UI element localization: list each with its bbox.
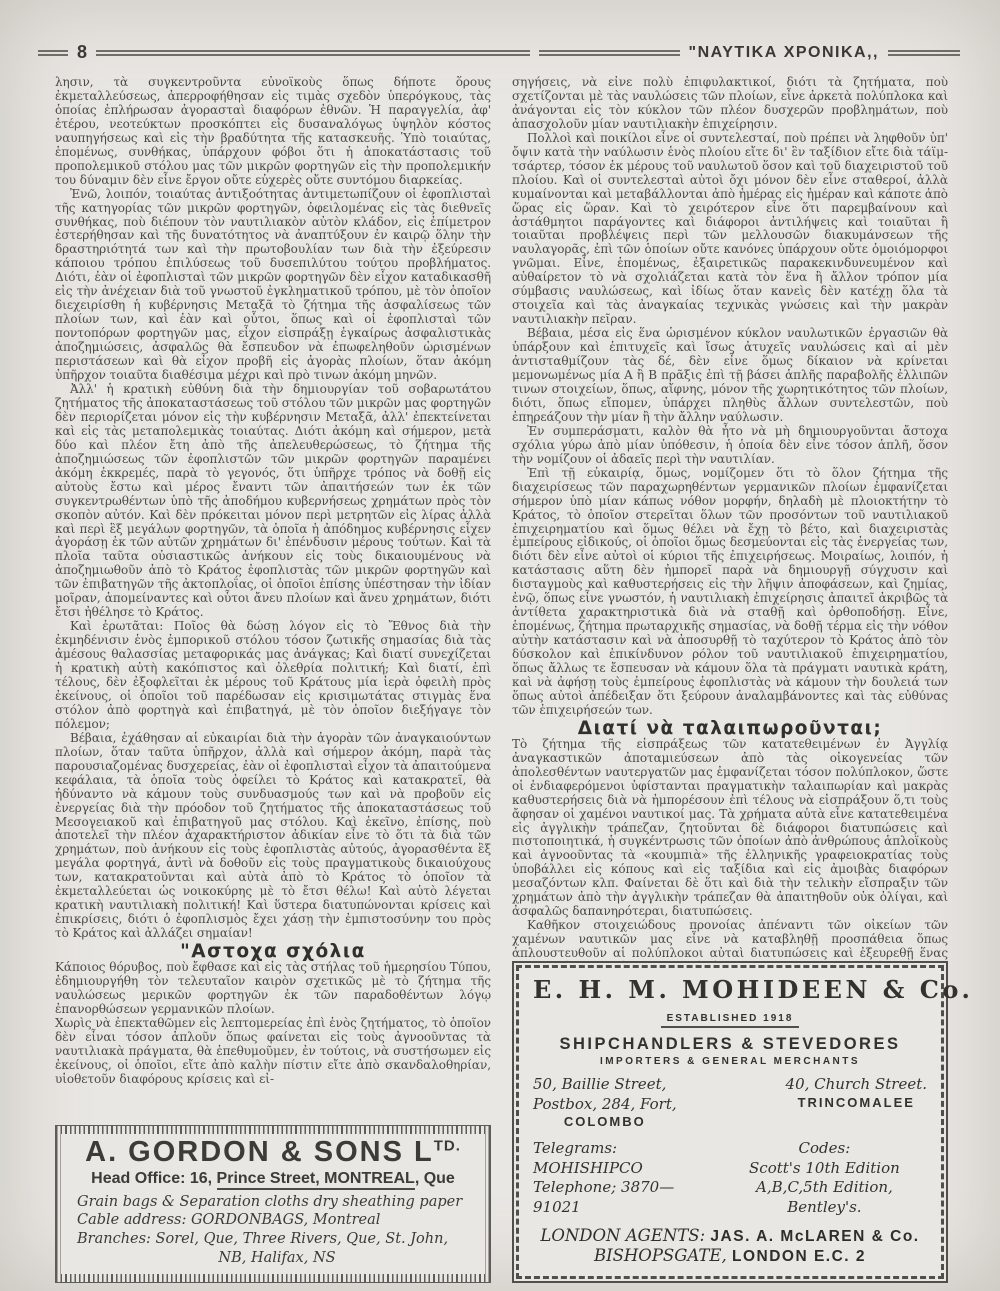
section-heading-astoha-sholia: "Αστοχα σχόλια — [55, 945, 491, 959]
mohideen-city-colombo: COLOMBO — [533, 1114, 677, 1131]
article-paragraph: Τὸ ζήτημα τῆς εἰσπράξεως τῶν κατατεθειμέ… — [512, 738, 948, 919]
mohideen-telegrams: Telegrams: MOHISHIPCO — [533, 1139, 722, 1178]
gordon-ad-title-text: A. GORDON & SONS L — [85, 1136, 434, 1168]
page-content: λησιν, τὰ συγκεντροῦντα εὐνοϊκοὺς ὅπως δ… — [55, 76, 948, 1283]
gordon-ad-title: A. GORDON & SONS LTD. — [69, 1136, 477, 1169]
article-paragraph: Βέβαια, μέσα εἰς ἕνα ὡρισμένον κύκλον να… — [512, 327, 948, 425]
gordon-ad-title-sup: TD. — [434, 1137, 461, 1154]
right-column-text: σηγήσεις, νὰ εἶνε πολὺ ἐπιφυλακτικοί, δι… — [512, 76, 948, 961]
section-heading-diati-talaiporountai: Διατί νὰ ταλαιπωροῦνται; — [512, 722, 948, 736]
article-paragraph: Ἐνῶ, λοιπόν, τοιαύτας ἀντιξοότητας ἀντιμ… — [55, 188, 491, 383]
mohideen-address-colombo: 50, Baillie Street, Postbox, 284, Fort, … — [533, 1075, 677, 1131]
mohideen-agents-name: JAS. A. McLAREN & Co. — [710, 1228, 919, 1245]
gordon-office-tail: , Que — [415, 1170, 455, 1187]
gordon-office-pre: Head Office: 16, — [91, 1170, 216, 1187]
mohideen-city-trincomalee: TRINCOMALEE — [786, 1095, 927, 1112]
mohideen-telephone: Telephone; 3870—91021 — [533, 1178, 722, 1217]
gordon-ad-details: Grain bags & Separation cloths dry sheat… — [77, 1193, 477, 1268]
mohideen-codes-label: Codes: — [722, 1139, 927, 1159]
journal-title: "ΝΑΥΤΙΚΑ ΧΡΟΝΙΚΑ,, — [689, 44, 879, 62]
article-paragraph: Βέβαια, ἐχάθησαν αἱ εὐκαιρίαι διὰ τὴν ἀγ… — [55, 732, 491, 941]
right-column: σηγήσεις, νὰ εἶνε πολὺ ἐπιφυλακτικοί, δι… — [512, 76, 948, 1283]
gordon-office-underlined: Prince Street, MONTREAL — [217, 1170, 415, 1190]
mohideen-trade-line-2: IMPORTERS & GENERAL MERCHANTS — [533, 1056, 927, 1067]
header-rule — [96, 50, 530, 56]
mohideen-codes-block: Codes: Scott's 10th Edition A,B,C,5th Ed… — [722, 1139, 927, 1217]
gordon-ad-line: Branches: Sorel, Que, Three Rivers, Que,… — [77, 1230, 477, 1249]
article-paragraph: Καὶ ἐρωτᾶται: Ποῖος θὰ δώσῃ λόγον εἰς τὸ… — [55, 620, 491, 732]
mohideen-london-agents: LONDON AGENTS: JAS. A. McLAREN & Co. BIS… — [533, 1226, 927, 1266]
mohideen-address-row: 50, Baillie Street, Postbox, 284, Fort, … — [533, 1075, 927, 1131]
mohideen-agents-city: BISHOPSGATE, — [594, 1246, 732, 1265]
mohideen-address-line: 40, Church Street. — [786, 1075, 927, 1095]
mohideen-address-line: 50, Baillie Street, — [533, 1075, 677, 1095]
article-paragraph: Καθῆκον στοιχειώδους προνοίας ἀπέναντι τ… — [512, 919, 948, 961]
article-paragraph: σηγήσεις, νὰ εἶνε πολὺ ἐπιφυλακτικοί, δι… — [512, 76, 948, 132]
article-paragraph: Χωρὶς νὰ ἐπεκταθῶμεν εἰς λεπτομερείας ἐπ… — [55, 1017, 491, 1087]
left-column-text: λησιν, τὰ συγκεντροῦντα εὐνοϊκοὺς ὅπως δ… — [55, 76, 491, 1087]
mohideen-agents-city-bold: LONDON E.C. 2 — [732, 1248, 866, 1265]
mohideen-ad-body: E. H. M. MOHIDEEN & Co. ESTABLISHED 1918… — [516, 965, 944, 1279]
article-paragraph: Πολλοὶ καὶ ποικίλοι εἶνε οἱ συντελεσταί,… — [512, 132, 948, 327]
mohideen-codes-line: A,B,C,5th Edition, Bentley's. — [722, 1178, 927, 1217]
article-paragraph: Ἐπὶ τῇ εὐκαιρίᾳ, ὅμως, νομίζομεν ὅτι τὸ … — [512, 467, 948, 718]
page-number: 8 — [77, 42, 87, 63]
gordon-ad-head-office: Head Office: 16, Prince Street, MONTREAL… — [69, 1170, 477, 1188]
article-paragraph: λησιν, τὰ συγκεντροῦντα εὐνοϊκοὺς ὅπως δ… — [55, 76, 491, 188]
mohideen-established-wrap: ESTABLISHED 1918 — [533, 1006, 927, 1028]
mohideen-contact-row: Telegrams: MOHISHIPCO Telephone; 3870—91… — [533, 1139, 927, 1217]
gordon-ad-line: NB, Halifax, NS — [77, 1249, 477, 1268]
mohideen-codes-line: Scott's 10th Edition — [722, 1159, 927, 1179]
header-rule — [38, 50, 68, 56]
gordon-ad-body: A. GORDON & SONS LTD. Head Office: 16, P… — [61, 1134, 485, 1274]
magazine-page: 8 "ΝΑΥΤΙΚΑ ΧΡΟΝΙΚΑ,, λησιν, τὰ συγκεντρο… — [0, 0, 1000, 1291]
gordon-ad: A. GORDON & SONS LTD. Head Office: 16, P… — [55, 1125, 491, 1283]
article-paragraph: Ἀλλ' ἡ κρατικὴ εὐθύνη διὰ τὴν δημιουργία… — [55, 383, 491, 620]
header-rule — [539, 50, 679, 56]
article-paragraph: Ἐν συμπεράσματι, καλὸν θὰ ἦτο νὰ μὴ δημι… — [512, 425, 948, 467]
mohideen-ad: E. H. M. MOHIDEEN & Co. ESTABLISHED 1918… — [512, 961, 948, 1283]
header-rule — [888, 50, 960, 56]
mohideen-address-trincomalee: 40, Church Street. TRINCOMALEE — [786, 1075, 927, 1131]
left-column: λησιν, τὰ συγκεντροῦντα εὐνοϊκοὺς ὅπως δ… — [55, 76, 491, 1283]
mohideen-agents-label: LONDON AGENTS: — [540, 1226, 710, 1245]
mohideen-contact-block: Telegrams: MOHISHIPCO Telephone; 3870—91… — [533, 1139, 722, 1217]
gordon-ad-line: Grain bags & Separation cloths dry sheat… — [77, 1193, 477, 1212]
page-header: 8 "ΝΑΥΤΙΚΑ ΧΡΟΝΙΚΑ,, — [38, 42, 960, 63]
mohideen-established: ESTABLISHED 1918 — [661, 1013, 800, 1028]
article-paragraph: Κάποιος θόρυβος, ποὺ ἔφθασε καὶ εἰς τὰς … — [55, 961, 491, 1017]
mohideen-trade-line-1: SHIPCHANDLERS & STEVEDORES — [533, 1035, 927, 1054]
mohideen-address-line: Postbox, 284, Fort, — [533, 1095, 677, 1115]
gordon-ad-line: Cable address: GORDONBAGS, Montreal — [77, 1211, 477, 1230]
mohideen-ad-title: E. H. M. MOHIDEEN & Co. — [533, 975, 927, 1004]
